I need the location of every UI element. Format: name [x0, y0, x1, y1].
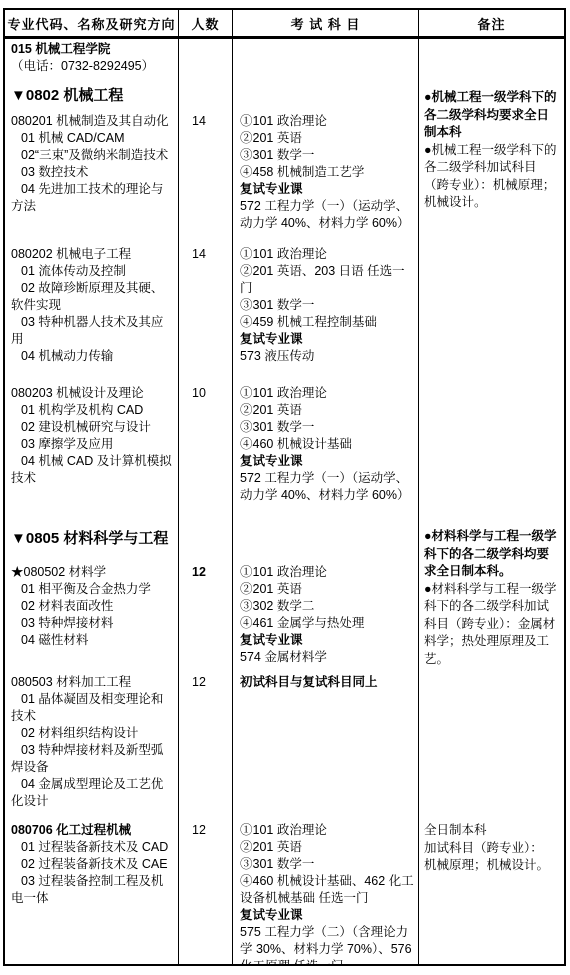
- direction-line: 02 材料表面改性: [11, 598, 174, 615]
- cell-c0: 015 机械工程学院（电话：0732-8292495）: [5, 39, 179, 81]
- cell-c0: 080503 材料加工工程01 晶体凝固及相变理论和技术02 材料组织结构设计0…: [5, 672, 179, 820]
- remark-block: ●材料科学与工程一级学科下的各二级学科均要求全日制本科。●材料科学与工程一级学科…: [424, 528, 561, 668]
- cell-c3: [419, 244, 564, 383]
- exam-line: 初试科目与复试科目同上: [240, 674, 414, 691]
- cell-c0: ▼0805 材料科学与工程: [5, 524, 179, 562]
- exam-line: 复试专业课: [240, 181, 414, 198]
- direction-line: 02“三束”及微纳米制造技术: [11, 147, 174, 164]
- exam-line: ②201 英语、203 日语 任选一门: [240, 263, 414, 297]
- direction-line: 03 特种焊接材料及新型弧焊设备: [11, 742, 174, 776]
- exam-line: ①101 政治理论: [240, 564, 414, 581]
- exam-line: 572 工程力学（一）（运动学、动力学 40%、材料力学 60%）: [240, 198, 414, 232]
- exam-line: ④461 金属学与热处理: [240, 615, 414, 632]
- exam-line: ①101 政治理论: [240, 113, 414, 130]
- direction-line: 04 机械 CAD 及计算机模拟技术: [11, 453, 174, 487]
- cell-c3: [419, 672, 564, 820]
- direction-line: 01 相平衡及合金热力学: [11, 581, 174, 598]
- exam-line: 复试专业课: [240, 331, 414, 348]
- cell-c3: [419, 383, 564, 524]
- discipline-title: ▼0802 机械工程: [11, 83, 174, 105]
- cell-c2: ①101 政治理论②201 英语③301 数学一④458 机械制造工艺学复试专业…: [233, 111, 419, 244]
- direction-line: 02 建设机械研究与设计: [11, 419, 174, 436]
- cell-c1: [179, 81, 233, 111]
- cell-c0: ★080502 材料学01 相平衡及合金热力学02 材料表面改性03 特种焊接材…: [5, 562, 179, 672]
- direction-line: 04 先进加工技术的理论与方法: [11, 181, 174, 215]
- exam-line: ④458 机械制造工艺学: [240, 164, 414, 181]
- remark-line: 加试科目（跨专业）：: [424, 840, 561, 858]
- remark-line: ●机械工程一级学科下的各二级学科加试科目（跨专业）：机械原理；机械设计。: [424, 142, 561, 212]
- cell-c1: 14: [179, 111, 233, 244]
- dept-line: 015 机械工程学院: [11, 41, 174, 58]
- major-name: ★080502 材料学: [11, 564, 174, 581]
- direction-line: 04 机械动力传输: [11, 348, 174, 365]
- major-row: ★080502 材料学01 相平衡及合金热力学02 材料表面改性03 特种焊接材…: [5, 562, 564, 672]
- exam-line: 575 工程力学（二）（含理论力学 30%、材料力学 70%）、576 化工原理…: [240, 924, 414, 964]
- enrollment-count: 12: [192, 564, 228, 581]
- major-row: 080202 机械电子工程01 流体传动及控制02 故障珍断原理及其硬、软件实现…: [5, 244, 564, 383]
- major-row: 080503 材料加工工程01 晶体凝固及相变理论和技术02 材料组织结构设计0…: [5, 672, 564, 820]
- exam-line: ④459 机械工程控制基础: [240, 314, 414, 331]
- major-row: 080706 化工过程机械01 过程装备新技术及 CAD02 过程装备新技术及 …: [5, 820, 564, 964]
- enrollment-count: 12: [192, 674, 228, 691]
- cell-c2: ①101 政治理论②201 英语、203 日语 任选一门③301 数学一④459…: [233, 244, 419, 383]
- cell-c1: 12: [179, 820, 233, 964]
- exam-line: ②201 英语: [240, 839, 414, 856]
- dept-line: （电话：0732-8292495）: [11, 58, 174, 75]
- cell-c0: 080202 机械电子工程01 流体传动及控制02 故障珍断原理及其硬、软件实现…: [5, 244, 179, 383]
- cell-c3: 全日制本科加试科目（跨专业）：机械原理；机械设计。: [419, 820, 564, 964]
- cell-c2: [233, 39, 419, 81]
- cell-c2: [233, 524, 419, 562]
- direction-line: 03 摩擦学及应用: [11, 436, 174, 453]
- remark-line: ●材料科学与工程一级学科下的各二级学科加试科目（跨专业）：金属材料学；热处理原理…: [424, 581, 561, 669]
- cell-c1: 12: [179, 672, 233, 820]
- cell-c3: [419, 39, 564, 81]
- remark-block: ●机械工程一级学科下的各二级学科均要求全日制本科●机械工程一级学科下的各二级学科…: [424, 89, 561, 212]
- cell-c1: [179, 524, 233, 562]
- exam-line: ②201 英语: [240, 581, 414, 598]
- direction-line: 01 晶体凝固及相变理论和技术: [11, 691, 174, 725]
- remark-line: 机械原理；机械设计。: [424, 857, 561, 875]
- direction-line: 03 特种焊接材料: [11, 615, 174, 632]
- cell-c0: 080706 化工过程机械01 过程装备新技术及 CAD02 过程装备新技术及 …: [5, 820, 179, 964]
- cell-c2: ①101 政治理论②201 英语③301 数学一④460 机械设计基础、462 …: [233, 820, 419, 964]
- exam-line: 复试专业课: [240, 632, 414, 649]
- exam-line: 572 工程力学（一）（运动学、动力学 40%、材料力学 60%）: [240, 470, 414, 504]
- remark-block: 全日制本科加试科目（跨专业）：机械原理；机械设计。: [424, 822, 561, 875]
- cell-c2: ①101 政治理论②201 英语③302 数学二④461 金属学与热处理复试专业…: [233, 562, 419, 672]
- cell-c0: ▼0802 机械工程: [5, 81, 179, 111]
- table-header-row: 专业代码、名称及研究方向 人数 考 试 科 目 备注: [5, 10, 564, 39]
- exam-line: 复试专业课: [240, 907, 414, 924]
- table-body: 015 机械工程学院（电话：0732-8292495）▼0802 机械工程080…: [5, 39, 564, 964]
- cell-c2: [233, 81, 419, 111]
- major-name: 080202 机械电子工程: [11, 246, 174, 263]
- cell-c0: 080201 机械制造及其自动化01 机械 CAD/CAM02“三束”及微纳米制…: [5, 111, 179, 244]
- exam-line: ③301 数学一: [240, 856, 414, 873]
- enrollment-count: 10: [192, 385, 228, 402]
- enrollment-count: 12: [192, 822, 228, 839]
- direction-line: 01 过程装备新技术及 CAD: [11, 839, 174, 856]
- exam-line: ③302 数学二: [240, 598, 414, 615]
- remark-line: ●机械工程一级学科下的各二级学科均要求全日制本科: [424, 89, 561, 142]
- direction-line: 03 数控技术: [11, 164, 174, 181]
- major-row: 080203 机械设计及理论01 机构学及机构 CAD02 建设机械研究与设计0…: [5, 383, 564, 524]
- cell-c2: 初试科目与复试科目同上: [233, 672, 419, 820]
- cell-c1: 10: [179, 383, 233, 524]
- cell-c0: 080203 机械设计及理论01 机构学及机构 CAD02 建设机械研究与设计0…: [5, 383, 179, 524]
- cell-c2: ①101 政治理论②201 英语③301 数学一④460 机械设计基础复试专业课…: [233, 383, 419, 524]
- exam-line: ③301 数学一: [240, 147, 414, 164]
- exam-line: 573 液压传动: [240, 348, 414, 365]
- exam-line: ①101 政治理论: [240, 822, 414, 839]
- cell-c1: 14: [179, 244, 233, 383]
- major-name: 080201 机械制造及其自动化: [11, 113, 174, 130]
- exam-line: ③301 数学一: [240, 297, 414, 314]
- enrollment-count: 14: [192, 246, 228, 263]
- header-count-column: 人数: [179, 10, 233, 36]
- exam-line: ②201 英语: [240, 130, 414, 147]
- direction-line: 02 过程装备新技术及 CAE: [11, 856, 174, 873]
- exam-line: ③301 数学一: [240, 419, 414, 436]
- header-remark-column: 备注: [419, 10, 564, 36]
- direction-line: 02 故障珍断原理及其硬、软件实现: [11, 280, 174, 314]
- remark-line: 全日制本科: [424, 822, 561, 840]
- direction-line: 01 流体传动及控制: [11, 263, 174, 280]
- exam-line: ②201 英语: [240, 402, 414, 419]
- exam-line: 复试专业课: [240, 453, 414, 470]
- enrollment-count: 14: [192, 113, 228, 130]
- major-name: 080203 机械设计及理论: [11, 385, 174, 402]
- exam-line: 574 金属材料学: [240, 649, 414, 666]
- cell-c3: ●材料科学与工程一级学科下的各二级学科均要求全日制本科。●材料科学与工程一级学科…: [419, 562, 564, 672]
- discipline-title: ▼0805 材料科学与工程: [11, 526, 174, 548]
- dept-row: 015 机械工程学院（电话：0732-8292495）: [5, 39, 564, 81]
- admissions-table: 专业代码、名称及研究方向 人数 考 试 科 目 备注 015 机械工程学院（电话…: [3, 8, 566, 966]
- major-name: 080706 化工过程机械: [11, 822, 174, 839]
- direction-line: 04 金属成型理论及工艺优化设计: [11, 776, 174, 810]
- major-row: 080201 机械制造及其自动化01 机械 CAD/CAM02“三束”及微纳米制…: [5, 111, 564, 244]
- header-exam-column: 考 试 科 目: [233, 10, 419, 36]
- direction-line: 01 机械 CAD/CAM: [11, 130, 174, 147]
- direction-line: 04 磁性材料: [11, 632, 174, 649]
- cell-c1: [179, 39, 233, 81]
- direction-line: 03 过程装备控制工程及机电一体: [11, 873, 174, 907]
- exam-line: ①101 政治理论: [240, 246, 414, 263]
- direction-line: 03 特种机器人技术及其应用: [11, 314, 174, 348]
- header-major-column: 专业代码、名称及研究方向: [5, 10, 179, 36]
- exam-line: ④460 机械设计基础、462 化工设备机械基础 任选一门: [240, 873, 414, 907]
- remark-line: ●材料科学与工程一级学科下的各二级学科均要求全日制本科。: [424, 528, 561, 581]
- cell-c3: ●机械工程一级学科下的各二级学科均要求全日制本科●机械工程一级学科下的各二级学科…: [419, 111, 564, 244]
- major-name: 080503 材料加工工程: [11, 674, 174, 691]
- exam-line: ④460 机械设计基础: [240, 436, 414, 453]
- exam-line: ①101 政治理论: [240, 385, 414, 402]
- cell-c1: 12: [179, 562, 233, 672]
- direction-line: 02 材料组织结构设计: [11, 725, 174, 742]
- direction-line: 01 机构学及机构 CAD: [11, 402, 174, 419]
